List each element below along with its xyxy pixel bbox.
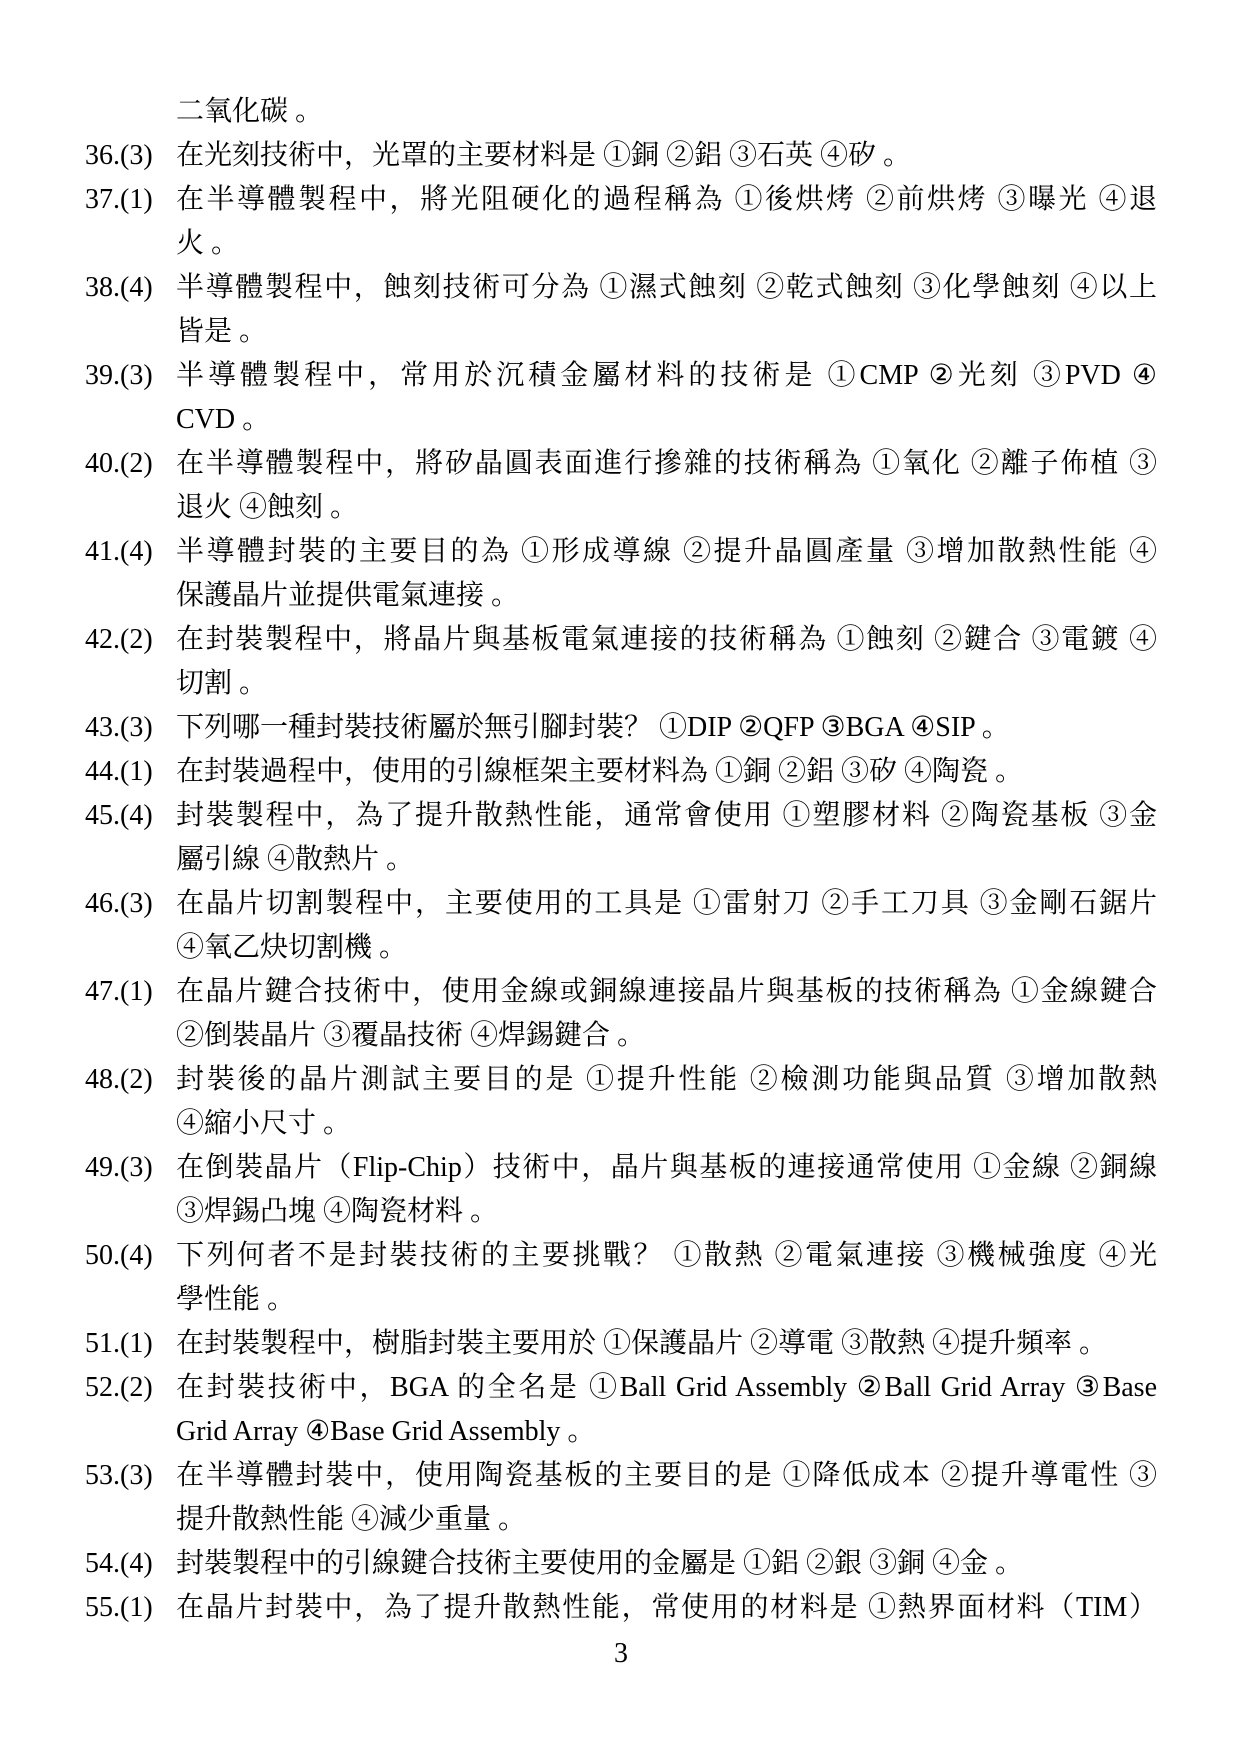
- question-text-line: 半導體製程中，蝕刻技術可分為 ①濕式蝕刻 ②乾式蝕刻 ③化學蝕刻 ④以上: [176, 266, 1157, 310]
- question-number: 49.(3): [85, 1146, 153, 1190]
- question-text-line: 切割 。: [176, 662, 1157, 706]
- question-text-line: 學性能 。: [176, 1278, 1157, 1322]
- question-text-line: ④氧乙炔切割機 。: [176, 926, 1157, 970]
- question-42: 42.(2) 在封裝製程中，將晶片與基板電氣連接的技術稱為 ①蝕刻 ②鍵合 ③電…: [85, 618, 1157, 706]
- question-text-line: ②倒裝晶片 ③覆晶技術 ④焊錫鍵合 。: [176, 1014, 1157, 1058]
- question-41: 41.(4) 半導體封裝的主要目的為 ①形成導線 ②提升晶圓產量 ③增加散熱性能…: [85, 530, 1157, 618]
- question-52: 52.(2) 在封裝技術中，BGA 的全名是 ①Ball Grid Assemb…: [85, 1366, 1157, 1454]
- question-53: 53.(3) 在半導體封裝中，使用陶瓷基板的主要目的是 ①降低成本 ②提升導電性…: [85, 1454, 1157, 1542]
- question-text-line: 在晶片封裝中，為了提升散熱性能，常使用的材料是 ①熱界面材料（TIM）: [176, 1586, 1157, 1630]
- question-number: 39.(3): [85, 354, 153, 398]
- question-text-line: 皆是 。: [176, 310, 1157, 354]
- question-text-line: 在封裝製程中，樹脂封裝主要用於 ①保護晶片 ②導電 ③散熱 ④提升頻率 。: [176, 1322, 1157, 1366]
- question-text-line: 退火 ④蝕刻 。: [176, 486, 1157, 530]
- question-text-line: 在封裝過程中，使用的引線框架主要材料為 ①銅 ②鋁 ③矽 ④陶瓷 。: [176, 750, 1157, 794]
- question-text-line: 在封裝技術中，BGA 的全名是 ①Ball Grid Assembly ②Bal…: [176, 1366, 1157, 1410]
- question-text-line: 在晶片切割製程中，主要使用的工具是 ①雷射刀 ②手工刀具 ③金剛石鋸片: [176, 882, 1157, 926]
- question-39: 39.(3) 半導體製程中，常用於沉積金屬材料的技術是 ①CMP ②光刻 ③PV…: [85, 354, 1157, 442]
- question-46: 46.(3) 在晶片切割製程中，主要使用的工具是 ①雷射刀 ②手工刀具 ③金剛石…: [85, 882, 1157, 970]
- question-number: 55.(1): [85, 1586, 153, 1630]
- page-footer: 3: [85, 1632, 1157, 1676]
- question-text-line: ③焊錫凸塊 ④陶瓷材料 。: [176, 1190, 1157, 1234]
- question-48: 48.(2) 封裝後的晶片測試主要目的是 ①提升性能 ②檢測功能與品質 ③增加散…: [85, 1058, 1157, 1146]
- exam-page: 二氧化碳 。 36.(3) 在光刻技術中，光罩的主要材料是 ①銅 ②鋁 ③石英 …: [0, 0, 1241, 1676]
- question-number: 41.(4): [85, 530, 153, 574]
- question-number: 42.(2): [85, 618, 153, 662]
- question-text-line: 火 。: [176, 222, 1157, 266]
- question-number: 46.(3): [85, 882, 153, 926]
- question-text-line: 在半導體製程中，將矽晶圓表面進行摻雜的技術稱為 ①氧化 ②離子佈植 ③: [176, 442, 1157, 486]
- question-number: 36.(3): [85, 134, 153, 178]
- question-44: 44.(1) 在封裝過程中，使用的引線框架主要材料為 ①銅 ②鋁 ③矽 ④陶瓷 …: [85, 750, 1157, 794]
- question-36: 36.(3) 在光刻技術中，光罩的主要材料是 ①銅 ②鋁 ③石英 ④矽 。: [85, 134, 1157, 178]
- question-37: 37.(1) 在半導體製程中，將光阻硬化的過程稱為 ①後烘烤 ②前烘烤 ③曝光 …: [85, 178, 1157, 266]
- question-text-line: 下列哪一種封裝技術屬於無引腳封裝？ ①DIP ②QFP ③BGA ④SIP 。: [176, 706, 1157, 750]
- question-47: 47.(1) 在晶片鍵合技術中，使用金線或銅線連接晶片與基板的技術稱為 ①金線鍵…: [85, 970, 1157, 1058]
- question-text-line: 保護晶片並提供電氣連接 。: [176, 574, 1157, 618]
- question-text-line: 在倒裝晶片（Flip-Chip）技術中，晶片與基板的連接通常使用 ①金線 ②銅線: [176, 1146, 1157, 1190]
- question-text-line: 在光刻技術中，光罩的主要材料是 ①銅 ②鋁 ③石英 ④矽 。: [176, 134, 1157, 178]
- question-text-line: 在晶片鍵合技術中，使用金線或銅線連接晶片與基板的技術稱為 ①金線鍵合: [176, 970, 1157, 1014]
- question-number: 47.(1): [85, 970, 153, 1014]
- question-text-line: 下列何者不是封裝技術的主要挑戰？ ①散熱 ②電氣連接 ③機械強度 ④光: [176, 1234, 1157, 1278]
- question-54: 54.(4) 封裝製程中的引線鍵合技術主要使用的金屬是 ①鋁 ②銀 ③銅 ④金 …: [85, 1542, 1157, 1586]
- question-number: 43.(3): [85, 706, 153, 750]
- question-text-line: 二氧化碳 。: [176, 90, 1157, 134]
- question-text-line: 封裝製程中，為了提升散熱性能，通常會使用 ①塑膠材料 ②陶瓷基板 ③金: [176, 794, 1157, 838]
- page-number: 3: [614, 1638, 628, 1669]
- question-number: 37.(1): [85, 178, 153, 222]
- question-number: 51.(1): [85, 1322, 153, 1366]
- question-number: 38.(4): [85, 266, 153, 310]
- question-38: 38.(4) 半導體製程中，蝕刻技術可分為 ①濕式蝕刻 ②乾式蝕刻 ③化學蝕刻 …: [85, 266, 1157, 354]
- question-40: 40.(2) 在半導體製程中，將矽晶圓表面進行摻雜的技術稱為 ①氧化 ②離子佈植…: [85, 442, 1157, 530]
- question-text-line: 在封裝製程中，將晶片與基板電氣連接的技術稱為 ①蝕刻 ②鍵合 ③電鍍 ④: [176, 618, 1157, 662]
- question-50: 50.(4) 下列何者不是封裝技術的主要挑戰？ ①散熱 ②電氣連接 ③機械強度 …: [85, 1234, 1157, 1322]
- question-text-line: 半導體製程中，常用於沉積金屬材料的技術是 ①CMP ②光刻 ③PVD ④: [176, 354, 1157, 398]
- question-number: 54.(4): [85, 1542, 153, 1586]
- question-49: 49.(3) 在倒裝晶片（Flip-Chip）技術中，晶片與基板的連接通常使用 …: [85, 1146, 1157, 1234]
- question-text-line: 在半導體製程中，將光阻硬化的過程稱為 ①後烘烤 ②前烘烤 ③曝光 ④退: [176, 178, 1157, 222]
- question-text-line: Grid Array ④Base Grid Assembly 。: [176, 1410, 1157, 1454]
- question-text-line: 封裝製程中的引線鍵合技術主要使用的金屬是 ①鋁 ②銀 ③銅 ④金 。: [176, 1542, 1157, 1586]
- question-text-line: 在半導體封裝中，使用陶瓷基板的主要目的是 ①降低成本 ②提升導電性 ③: [176, 1454, 1157, 1498]
- question-35-continuation: 二氧化碳 。: [85, 90, 1157, 134]
- question-43: 43.(3) 下列哪一種封裝技術屬於無引腳封裝？ ①DIP ②QFP ③BGA …: [85, 706, 1157, 750]
- question-45: 45.(4) 封裝製程中，為了提升散熱性能，通常會使用 ①塑膠材料 ②陶瓷基板 …: [85, 794, 1157, 882]
- question-text-line: CVD 。: [176, 398, 1157, 442]
- question-number: 44.(1): [85, 750, 153, 794]
- question-number: 50.(4): [85, 1234, 153, 1278]
- question-text-line: 封裝後的晶片測試主要目的是 ①提升性能 ②檢測功能與品質 ③增加散熱: [176, 1058, 1157, 1102]
- question-text-line: 提升散熱性能 ④減少重量 。: [176, 1498, 1157, 1542]
- question-text-line: 半導體封裝的主要目的為 ①形成導線 ②提升晶圓產量 ③增加散熱性能 ④: [176, 530, 1157, 574]
- question-51: 51.(1) 在封裝製程中，樹脂封裝主要用於 ①保護晶片 ②導電 ③散熱 ④提升…: [85, 1322, 1157, 1366]
- question-number: 48.(2): [85, 1058, 153, 1102]
- question-number: 45.(4): [85, 794, 153, 838]
- question-number: 53.(3): [85, 1454, 153, 1498]
- question-text-line: ④縮小尺寸 。: [176, 1102, 1157, 1146]
- question-text-line: 屬引線 ④散熱片 。: [176, 838, 1157, 882]
- question-number: 52.(2): [85, 1366, 153, 1410]
- question-55: 55.(1) 在晶片封裝中，為了提升散熱性能，常使用的材料是 ①熱界面材料（TI…: [85, 1586, 1157, 1630]
- question-number: 40.(2): [85, 442, 153, 486]
